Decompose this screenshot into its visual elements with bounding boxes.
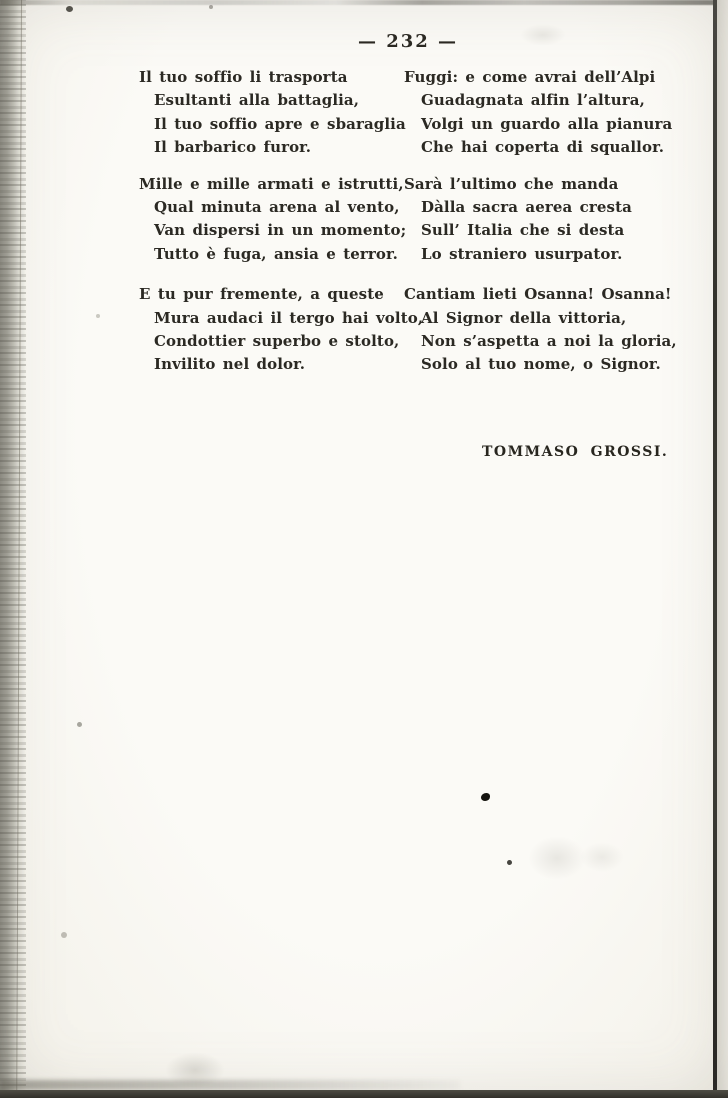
verse-line: Guadagnata alfin l’altura, <box>404 89 704 112</box>
ink-speck <box>507 860 512 865</box>
stanza: Il tuo soffio li trasporta Esultanti all… <box>139 66 439 160</box>
poem-column-right: Fuggi: e come avrai dell’Alpi Guadagnata… <box>404 66 704 390</box>
verse-line: Qual minuta arena al vento, <box>139 196 439 219</box>
verse-line: Non s’aspetta a noi la gloria, <box>404 330 704 353</box>
scanned-book-page: — 232 — Il tuo soffio li trasporta Esult… <box>0 0 728 1098</box>
verse-line: Cantiam lieti Osanna! Osanna! <box>404 283 704 306</box>
verse-line: Fuggi: e come avrai dell’Alpi <box>404 66 704 89</box>
ink-speck <box>66 6 73 12</box>
ink-blot <box>481 793 490 801</box>
ink-speck <box>96 314 100 318</box>
paper-smudge <box>580 842 624 872</box>
stanza: Cantiam lieti Osanna! Osanna! Al Signor … <box>404 283 704 377</box>
paper-smudge <box>520 24 566 46</box>
verse-line: Esultanti alla battaglia, <box>139 89 439 112</box>
verse-line: Al Signor della vittoria, <box>404 307 704 330</box>
paper-smudge <box>528 836 586 880</box>
ink-speck <box>61 932 67 938</box>
verse-line: Dàlla sacra aerea cresta <box>404 196 704 219</box>
verse-line: Solo al tuo nome, o Signor. <box>404 353 704 376</box>
verse-line: Condottier superbo e stolto, <box>139 330 439 353</box>
verse-line: Mille e mille armati e istrutti, <box>139 173 439 196</box>
verse-line: Van dispersi in un momento; <box>139 219 439 242</box>
verse-line: Che hai coperta di squallor. <box>404 136 704 159</box>
verse-line: Il tuo soffio apre e sbaraglia <box>139 113 439 136</box>
bottom-edge-smudge <box>0 1080 460 1090</box>
stanza: Sarà l’ultimo che manda Dàlla sacra aere… <box>404 173 704 267</box>
ink-speck <box>77 722 82 727</box>
verse-line: Lo straniero usurpator. <box>404 243 704 266</box>
verse-line: Sull’ Italia che si desta <box>404 219 704 242</box>
top-edge-smudge <box>0 0 728 5</box>
right-page-edge-line <box>713 0 717 1098</box>
verse-line: Tutto è fuga, ansia e terror. <box>139 243 439 266</box>
paper-smudge <box>165 1052 225 1088</box>
right-page-edge-paper <box>717 0 728 1098</box>
poem-column-left: Il tuo soffio li trasporta Esultanti all… <box>139 66 439 390</box>
stanza: E tu pur fremente, a queste Mura audaci … <box>139 283 439 377</box>
verse-line: E tu pur fremente, a queste <box>139 283 439 306</box>
author-attribution: TOMMASO GROSSI. <box>482 444 668 460</box>
bottom-edge-band <box>0 1090 728 1098</box>
verse-line: Il tuo soffio li trasporta <box>139 66 439 89</box>
stanza: Fuggi: e come avrai dell’Alpi Guadagnata… <box>404 66 704 160</box>
ink-speck <box>209 5 213 9</box>
verse-line: Invilito nel dolor. <box>139 353 439 376</box>
binding-gutter-shadow <box>0 0 26 1098</box>
verse-line: Mura audaci il tergo hai volto, <box>139 307 439 330</box>
page-number: — 232 — <box>88 31 728 52</box>
stanza: Mille e mille armati e istrutti, Qual mi… <box>139 173 439 267</box>
verse-line: Sarà l’ultimo che manda <box>404 173 704 196</box>
verse-line: Il barbarico furor. <box>139 136 439 159</box>
verse-line: Volgi un guardo alla pianura <box>404 113 704 136</box>
